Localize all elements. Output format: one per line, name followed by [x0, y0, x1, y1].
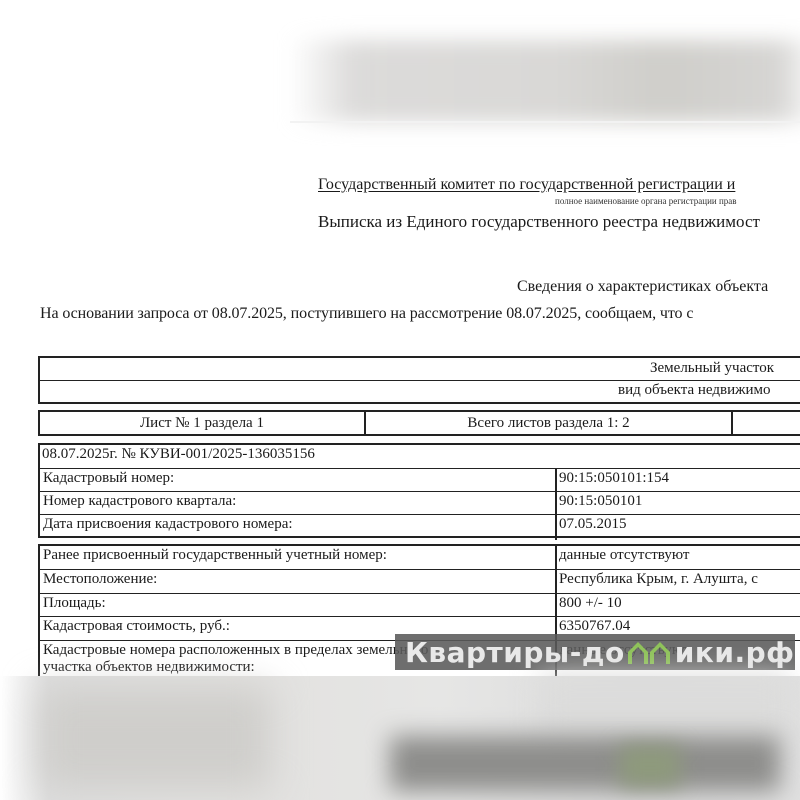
- blur-blob: [40, 688, 270, 788]
- blurred-region-bottom: [0, 676, 800, 800]
- table-row: Ранее присвоенный государственный учетны…: [40, 546, 800, 570]
- column-divider: [555, 492, 557, 516]
- row-label: Местоположение:: [43, 571, 157, 588]
- table-row: Номер кадастрового квартала: 90:15:05010…: [40, 492, 800, 515]
- column-divider: [555, 546, 557, 571]
- row-label: Номер кадастрового квартала:: [43, 493, 236, 510]
- area: 800 +/- 10: [559, 595, 622, 612]
- table-row: Площадь: 800 +/- 10: [40, 594, 800, 617]
- row-label: Площадь:: [43, 595, 106, 612]
- row-label: Кадастровая стоимость, руб.:: [43, 618, 230, 635]
- column-divider: [555, 469, 557, 493]
- cadastral-number: 90:15:050101:154: [559, 470, 669, 487]
- location: Республика Крым, г. Алушта, с: [559, 571, 758, 588]
- registration-authority-name: Государственный комитет по государственн…: [318, 176, 735, 194]
- extract-number: 08.07.2025г. № КУВИ-001/2025-136035156: [42, 446, 315, 463]
- object-type-caption-row: вид объекта недвижимо: [40, 381, 800, 402]
- watermark-text-end: ики.рф: [675, 636, 795, 669]
- registration-authority-caption: полное наименование органа регистрации п…: [555, 196, 737, 206]
- row-label: Ранее присвоенный государственный учетны…: [43, 547, 387, 564]
- row-label: Кадастровый номер:: [43, 470, 174, 487]
- table-row: Местоположение: Республика Крым, г. Алуш…: [40, 570, 800, 594]
- watermark-text-start: Квартиры-до: [405, 636, 625, 669]
- sheet-info-box: Лист № 1 раздела 1 Всего листов раздела …: [38, 410, 800, 436]
- row-label-line1: Кадастровые номера расположенных в преде…: [43, 642, 428, 659]
- row-label-line2: участка объектов недвижимости:: [43, 659, 428, 676]
- column-divider: [555, 570, 557, 595]
- extract-number-row: 08.07.2025г. № КУВИ-001/2025-136035156: [40, 445, 800, 469]
- page-edge: [290, 121, 800, 123]
- column-divider: [555, 594, 557, 618]
- row-label: Кадастровые номера расположенных в преде…: [43, 642, 428, 676]
- object-type: Земельный участок: [650, 360, 774, 377]
- total-sheets: Всего листов раздела 1: 2: [366, 412, 733, 434]
- extract-main-table: 08.07.2025г. № КУВИ-001/2025-136035156 К…: [38, 443, 800, 538]
- request-statement: На основании запроса от 08.07.2025, пост…: [40, 305, 693, 323]
- blurred-region-top: [290, 40, 800, 122]
- assignment-date: 07.05.2015: [559, 516, 627, 533]
- section-title: Сведения о характеристиках объекта: [517, 278, 768, 296]
- watermark: Квартиры-до ики.рф: [395, 634, 795, 670]
- row-label: Дата присвоения кадастрового номера:: [43, 516, 293, 533]
- cadastral-quarter: 90:15:050101: [559, 493, 642, 510]
- blur-blob: [620, 746, 680, 786]
- object-type-caption: вид объекта недвижимо: [618, 382, 771, 399]
- column-divider: [555, 515, 557, 540]
- table-row: Кадастровый номер: 90:15:050101:154: [40, 469, 800, 492]
- house-logo-icon: [626, 638, 674, 666]
- object-type-box: Земельный участок вид объекта недвижимо: [38, 356, 800, 404]
- sheet-extra-cell: [733, 412, 800, 434]
- blur-blob: [390, 736, 780, 791]
- previous-number: данные отсутствуют: [559, 547, 689, 564]
- cadastral-value: 6350767.04: [559, 618, 630, 635]
- document-title: Выписка из Единого государственного реес…: [318, 212, 760, 232]
- object-type-row: Земельный участок: [40, 358, 800, 381]
- blur-blob: [540, 676, 790, 736]
- sheet-number: Лист № 1 раздела 1: [40, 412, 366, 434]
- table-row: Дата присвоения кадастрового номера: 07.…: [40, 515, 800, 538]
